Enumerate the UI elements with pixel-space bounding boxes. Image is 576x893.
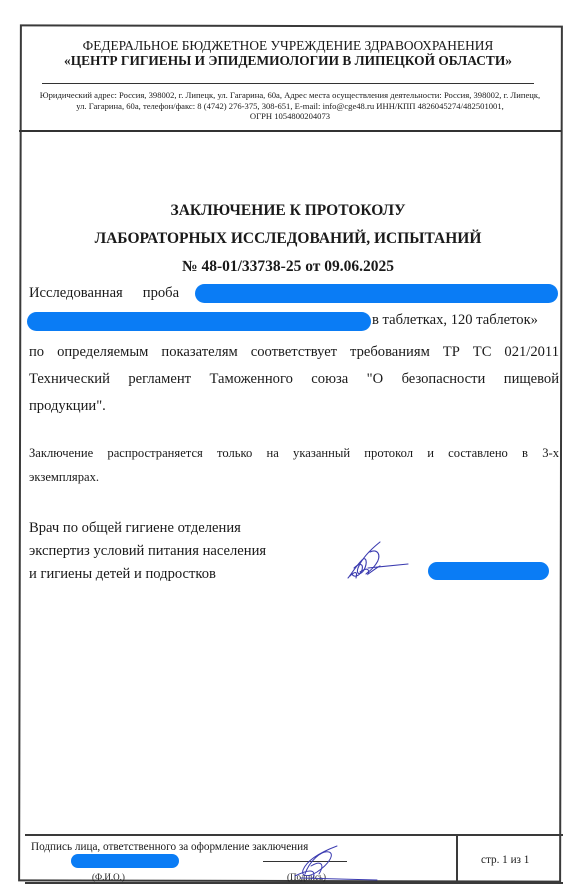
title-line1: ЗАКЛЮЧЕНИЕ К ПРОТОКОЛУ bbox=[0, 202, 576, 220]
address-line-2: ул. Гагарина, 60а, телефон/факс: 8 (4742… bbox=[20, 101, 560, 112]
address-rule bbox=[19, 130, 562, 132]
org-address: Юридический адрес: Россия, 398002, г. Ли… bbox=[20, 90, 560, 122]
sample-label-word2: проба bbox=[143, 285, 179, 301]
sample-label-word1: Исследованная bbox=[29, 285, 123, 301]
conformity-line-1: по определяемым показателям соответствуе… bbox=[29, 344, 559, 361]
conformity-line-2: Технический регламент Таможенного союза … bbox=[29, 371, 559, 388]
redacted-signatory-name bbox=[428, 562, 549, 580]
signatory-role-line1: Врач по общей гигиене отделения bbox=[29, 520, 241, 537]
protocol-number: № 48-01/33738-25 от 09.06.2025 bbox=[0, 258, 576, 276]
footer-divider bbox=[456, 836, 458, 882]
scope-line-1: Заключение распространяется только на ук… bbox=[29, 446, 559, 461]
signatory-role-line3: и гигиены детей и подростков bbox=[29, 566, 216, 583]
scope-line-2: экземплярах. bbox=[29, 470, 99, 485]
address-line-1: Юридический адрес: Россия, 398002, г. Ли… bbox=[20, 90, 560, 101]
org-name-line2: «ЦЕНТР ГИГИЕНЫ И ЭПИДЕМИОЛОГИИ В ЛИПЕЦКО… bbox=[0, 53, 576, 69]
footer-signature-icon bbox=[277, 844, 387, 884]
redacted-responsible-name bbox=[71, 854, 179, 868]
title-line2: ЛАБОРАТОРНЫХ ИССЛЕДОВАНИЙ, ИСПЫТАНИЙ bbox=[0, 230, 576, 248]
address-line-3: ОГРН 1054800204073 bbox=[20, 111, 560, 122]
footer-table: Подпись лица, ответственного за оформлен… bbox=[25, 834, 563, 884]
sample-tail: в таблетках, 120 таблеток» bbox=[372, 312, 538, 329]
signatory-role-line2: экспертиз условий питания населения bbox=[29, 543, 266, 560]
responsible-label: Подпись лица, ответственного за оформлен… bbox=[31, 841, 308, 853]
signature-icon bbox=[340, 538, 420, 583]
org-name-line1: ФЕДЕРАЛЬНОЕ БЮДЖЕТНОЕ УЧРЕЖДЕНИЕ ЗДРАВОО… bbox=[0, 38, 576, 54]
name-caption: (Ф.И.О.) bbox=[92, 872, 125, 882]
redacted-sample-name-1 bbox=[195, 284, 558, 303]
header-rule bbox=[42, 83, 534, 84]
sample-label: Исследованнаяпроба bbox=[29, 285, 179, 302]
page-indicator: стр. 1 из 1 bbox=[481, 854, 529, 866]
conformity-line-3: продукции". bbox=[29, 398, 106, 415]
redacted-sample-name-2 bbox=[27, 312, 371, 331]
